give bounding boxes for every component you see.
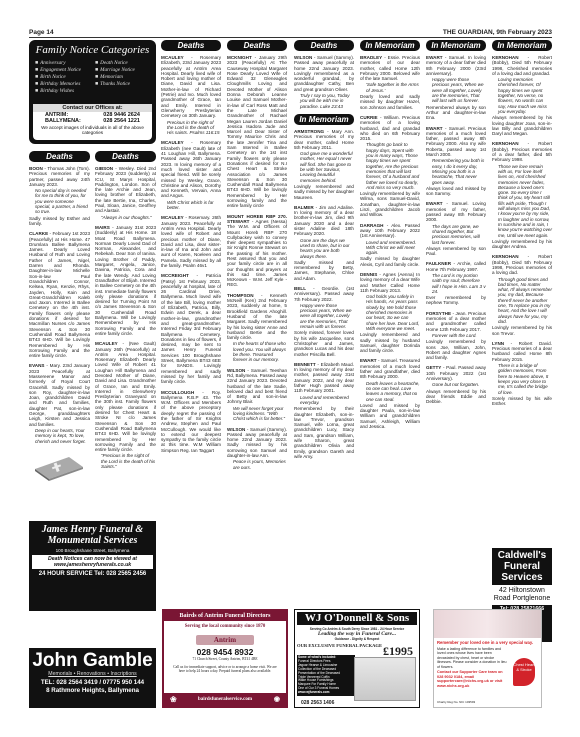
notice-signoff: Sorely missed, forever loved by his wife… (294, 330, 354, 356)
ad-wj-name: WJ O'Donnell & Sons (297, 612, 417, 625)
ad-bairds-title: Bairds of Antrim Funeral Directors (164, 611, 286, 621)
notice-name: BALMER (294, 205, 314, 210)
notice-verse: Those we love remain with us, For love i… (492, 164, 552, 238)
ad-john-gamble-tel: TEL: 028 2564 3419 / 07775 950 144 (29, 679, 156, 686)
notice-signoff: Lovingly remembered by wife Wilma, sons … (360, 191, 420, 217)
ad-caldwells-name: Caldwell's Funeral Services (492, 550, 552, 583)
category-item: Death Notice (95, 60, 155, 66)
column-6: In Memoriam BRADLEY - Essie. Precious me… (360, 40, 420, 434)
category-item: Marriage Notice (95, 67, 155, 73)
notice: WILSON - Samuel. Teeshan Rd, Ballymena. … (227, 368, 287, 422)
notice-name: MCAULEY (161, 140, 184, 145)
notice-verse: Precious in the sight of the Lord is the… (161, 120, 221, 136)
section-heading-memoriam: In Memoriam (360, 40, 420, 51)
category-item: Birth Notice (35, 74, 95, 80)
notice-verse: No special day is needed for me to think… (29, 188, 90, 214)
notice: EWART - Samuel. Treasured memories of a … (360, 358, 420, 429)
notice-name: KERNOHAN (492, 254, 519, 259)
notice: MCAULEY - Rosemary. 26th January 2023. P… (161, 215, 221, 268)
ad-ch-logo: Chest Heart & Stroke (513, 658, 535, 686)
award-badge-icon: ◉ (274, 693, 280, 706)
notice-verse: In the hearts of those who loved you. Yo… (227, 341, 287, 362)
categories-title: Family Notice Categories (29, 44, 156, 56)
office-name: BALLYMENA: (45, 118, 81, 124)
notice: THOMPSON - Kenneth McNeill (Ken) 2nd Feb… (227, 293, 287, 363)
notice: MCAULEY - Rosemary Elizabeth, 23rd Janua… (161, 55, 221, 135)
notice-name: CURRIE (360, 115, 378, 120)
notice: EWART - Samuel. Loving memories of my fa… (426, 201, 486, 256)
category-item: Memoriam (95, 74, 155, 80)
section-heading-deaths: Deaths (161, 40, 221, 51)
notice-name: WILSON (227, 427, 245, 432)
ad-ch-body: Make a lasting difference to families an… (437, 647, 507, 669)
notice-verse: Through good times and bad times, No mat… (492, 277, 552, 325)
notice: MOUNT HOREB RBP 270. STEWART - Agnes (Ne… (227, 214, 287, 288)
notice: BENNETT - Elizabeth Maud. In loving memo… (294, 362, 354, 459)
notice-name: DARRAGH (360, 223, 383, 228)
notice-signoff: Sadly missed and remembered by Betty, Ja… (294, 260, 354, 281)
notice: FAULKNER - Archie, called Home 7th Febru… (426, 261, 486, 305)
notice-name: GIBSON (95, 166, 113, 171)
notice-verse: We will never forget your loving kindnes… (227, 406, 287, 422)
ad-wj-phone: 028 2563 1406 (301, 700, 334, 706)
notice: GETTY - Paul. Passed away 10th February … (426, 365, 486, 404)
notice-name: WILSON (227, 368, 245, 373)
section-heading-deaths: Deaths (95, 151, 156, 162)
notice-text: - Rosemary. 26th January 2023. Peacefull… (161, 215, 221, 268)
category-item: Thanks Notice (95, 81, 155, 87)
categories-list: Anniversary Death Notice Engagement Noti… (35, 60, 156, 94)
contact-offices: Contact our Offices at: ANTRIM:028 9446 … (33, 104, 152, 140)
ad-bairds-town: Antrim (196, 635, 254, 645)
category-item: Birthday Wishes (35, 88, 95, 94)
section-heading-deaths: Deaths (227, 40, 287, 51)
bible-icon (33, 455, 85, 481)
notice-verse: Loving memories cherished forever, Of ha… (492, 77, 552, 114)
office-phone: 028 2564 1221 (103, 118, 140, 124)
notice-verse: God holds you safely in His hands, As ye… (360, 294, 420, 331)
notice-text: - Samuel. Precious memories of a much lo… (426, 126, 486, 157)
notice: KERNOHAN - Robert (Bobby), Died 5th Febr… (492, 55, 552, 136)
notice-signoff: Always remembered by his loving daughter… (492, 115, 552, 136)
notice-signoff: Lovingly remembered by his son Trevor. (492, 325, 552, 335)
notice-name: MCAULEY (161, 55, 184, 60)
ad-james-henry-web-notice[interactable]: Death Notices can now be viewed at www.j… (32, 555, 153, 569)
notice: WILSON - Samuel (Sammy). Passed away pea… (227, 427, 287, 470)
notice-name: KERNOHAN (492, 141, 519, 146)
notice-signoff: Remembered by their daughter Elizabeth, … (294, 406, 354, 459)
ad-john-gamble-name: John Gamble (29, 650, 156, 671)
ad-james-henry-address: 100 Broughshane Street, Ballymena (29, 548, 156, 553)
notice-text: - Agnes (Nessa) The W.M. and Officers of… (227, 219, 287, 288)
ad-bairds-text: Call us for immediate support, advice or… (164, 665, 286, 674)
notice: MCKNIGHT - January 29th 2023 (Peacefully… (227, 55, 287, 209)
ad-wj-included-list: Some of what's included: Funeral Directo… (297, 655, 355, 696)
notice: MAIRS - January 31st 2023 (Suddenly) at … (95, 225, 156, 336)
ad-wj-values: Guidance - Dignity & Respect (295, 637, 419, 641)
notice-text: - Patricia (Patsy) 1st February 2023, pe… (161, 273, 221, 384)
categories-box: Family Notice Categories Anniversary Dea… (29, 40, 156, 144)
ad-caldwells-address: 42 Hiltonstown Road Portglenone (492, 585, 552, 605)
notice: BOON - Thomas John (Tom). Precious memor… (29, 166, 90, 226)
notice-verse: Peace is yours, Memories are ours. (227, 459, 287, 470)
notice-signoff: Ever remembered by nephew Tommy. (426, 295, 486, 305)
notice-text: - January 31st 2023 (Suddenly) at His Ho… (95, 225, 156, 336)
notice-name: EWART (360, 358, 377, 363)
notice-verse: Gone but not forgotten. (426, 382, 486, 387)
ad-james-henry-name: James Henry Funeral & Monumental Service… (29, 524, 156, 546)
column-3: Deaths MCAULEY - Rosemary Elizabeth, 23r… (161, 40, 221, 458)
notice-text: - Roy. Ballymena R.B.P 43. The W.M. Offi… (161, 390, 221, 453)
notice: LYNN - Robert David. Precious memories o… (492, 341, 552, 407)
notice-verse: Deep in our hearts, Your memory is kept,… (29, 428, 90, 444)
notice-name: CLARKE (29, 231, 48, 236)
notice-signoff: Sadly missed by daughter Alexis, Cyril a… (360, 256, 420, 266)
notice-name: MCKNIGHT (227, 55, 252, 60)
notice-text: - Wesley. Died 2nd February 2023 (sudden… (95, 166, 156, 213)
notice: EWART - Samuel. In loving memory of a de… (426, 55, 486, 121)
notice-text: - Samuel (Sammy). Passed away peacefully… (227, 427, 287, 458)
notice: GIBSON - Wesley. Died 2nd February 2023 … (95, 166, 156, 220)
notice-name: BRADLEY (360, 55, 382, 60)
notice-signoff: Dearly loved and sadly missed by daughte… (360, 94, 420, 110)
contact-title: Contact our Offices at: (33, 104, 152, 112)
notice-name: BELL (294, 286, 306, 291)
notice-verse: Happy were those precious years, When we… (426, 77, 486, 103)
notice-text: - Rosemary Elizabeth, 23rd January 2023 … (161, 55, 221, 118)
notice-verse: "Always in our thoughts." (95, 215, 156, 220)
ad-ch-charity-reg: Charity Reg No. NIC 103593 (437, 700, 475, 704)
notice: MCCREIGHT - Patricia (Patsy) 1st Februar… (161, 273, 221, 384)
ad-ch-contact[interactable]: Contact our Supporter Care team on 028 9… (437, 670, 507, 688)
column-5: Deaths WILSON - Samuel (Sammy). Passed a… (294, 40, 354, 464)
page-number: Page 14 (29, 29, 54, 36)
notice: BELL - Geordie. (1st Anniversary). Passe… (294, 286, 354, 357)
notice-name: FAULKNER (426, 261, 451, 266)
notice-name: WILSON (294, 55, 312, 60)
notice: EWART - Samuel. Precious memories of a m… (426, 126, 486, 197)
notice-name: FORSYTHE (426, 311, 451, 316)
notice-name: THOMPSON (227, 293, 254, 298)
notice-name: KERNOHAN (492, 55, 519, 60)
notice-name: MAIRS (95, 225, 110, 230)
ad-wj-web[interactable]: www.wjfunerals.com (298, 691, 354, 695)
notice-verse: With Christ which is far better. (161, 200, 221, 211)
category-item: Engagement Notice (35, 67, 95, 73)
notice-text: - Samuel. Teeshan Rd, Ballymena. Passed … (227, 368, 287, 405)
notice: EVANS - Mary. 23rd January 2023 Peaceful… (29, 363, 90, 443)
notice: FORSYTHE - Jean. Precious memories of a … (426, 311, 486, 361)
roses-photo (434, 610, 541, 638)
ad-bairds-web[interactable]: bairdsfuneralservice.com (198, 697, 252, 702)
notice-name: LYNN (492, 341, 504, 346)
ad-james-henry: James Henry Funeral & Monumental Service… (29, 521, 156, 611)
notice-text: - (Nee Gault) January 26th (Peacefully) … (95, 341, 156, 452)
notice: MCAULEY - (Nee Gault) January 26th (Peac… (95, 341, 156, 469)
tulip-logo-icon: ❀ (170, 693, 177, 706)
section-heading-memoriam: In Memoriam (492, 40, 552, 51)
notice-text: - Elizabeth Maud. In loving memory of my… (294, 362, 354, 393)
ad-bairds-address: 71 Church Street, County Antrim, BT41 4B… (164, 657, 286, 661)
section-heading-deaths: Deaths (294, 40, 354, 51)
notice-verse: The days are gone, we shared together, B… (426, 224, 486, 245)
notice: ARMSTRONG - Mary Ann. Precious memories … (294, 129, 354, 200)
notice: DARRAGH - Alex. Passed away 10th Februar… (360, 223, 420, 267)
notice-text: - Jim and Adaline. In loving memory of a… (294, 205, 354, 236)
column-8: In Memoriam KERNOHAN - Robert (Bobby), D… (492, 40, 552, 411)
notice-signoff: Lovingly remembered by his daughter Andr… (492, 239, 552, 249)
office-row: BALLYMENA:028 2564 1221 (33, 118, 152, 124)
column-1: Deaths BOON - Thomas John (Tom). Preciou… (29, 151, 90, 482)
notice-name: MCCREIGHT (161, 273, 189, 278)
notice-name: BOON (29, 166, 43, 171)
notice-verse: Death leaves a heartache, no one can hea… (360, 381, 420, 402)
ad-ch-headline: Remember your loved one in a very specia… (437, 640, 538, 645)
notice-name: ARMSTRONG (294, 129, 324, 134)
notice: KERNOHAN - Robert (Bobby), Died 5th Febr… (492, 254, 552, 335)
notice-signoff: Remembered always by son Arthur and daug… (426, 105, 486, 121)
notice-verse: Gone are the days we used to share, but … (294, 238, 354, 259)
ad-bairds-footer: ❀ bairdsfuneralservice.com ◉ (164, 693, 286, 706)
notice-name: EVANS (29, 363, 45, 368)
notice: KERNOHAN - Robert (Bobby). Precious memo… (492, 141, 552, 249)
notice-signoff: Lovingly remembered and sadly missed by … (360, 332, 420, 353)
column-2: Deaths GIBSON - Wesley. Died 2nd Februar… (95, 151, 156, 474)
notice-verse: 'Safe together in the Arms of Jesus.' (360, 82, 420, 93)
notice-verse: God gave me a wonderful mother, Her equa… (294, 151, 354, 183)
notice-name: DENNIS (360, 272, 377, 277)
notice-signoff: Always remembered by son Paul. (426, 246, 486, 256)
notice-signoff: Sorely missed by his wife Esther. (492, 396, 552, 406)
notice-verse: The Lord is my portion saith my soul; th… (426, 273, 486, 294)
notice-name: EWART (426, 55, 443, 60)
notice: WILSON - Samuel (Sammy). Passed away pea… (294, 55, 354, 109)
notice-signoff: Lovingly remembered by sons Joe, William… (426, 339, 486, 360)
notice: MCAULEY - Rosemary Elizabeth (nee Gault)… (161, 140, 221, 210)
notice-name: EWART (426, 126, 443, 131)
notice: DENNIS - Agnes (Aenna) In loving memory … (360, 272, 420, 353)
notice-verse: Truly I say to you, Today you will be wi… (294, 93, 354, 109)
notice-signoff: Lovingly remembered and sadly missed by … (294, 184, 354, 200)
notice: MCCULLOUGH - Roy. Ballymena R.B.P 43. Th… (161, 390, 221, 454)
notice-signoff: Always remembered by his dear friends Ed… (426, 389, 486, 405)
notice: BRADLEY - Essie. Precious memories of ou… (360, 55, 420, 110)
ad-bairds-phone: 028 9454 8932 (164, 647, 286, 657)
ad-james-henry-tel: 24 HOUR SERVICE Tel: 028 2565 2456 (29, 571, 156, 577)
ad-john-gamble-services: Memorials • Renovations • Inscriptions (29, 671, 156, 677)
notice-verse: "Precious in the sight of the Lord is th… (95, 453, 156, 469)
notice-name: BENNETT (294, 362, 316, 367)
notice-verse: Loved and remembered everyday. (294, 395, 354, 406)
notice-verse: Forever with the Lord. (426, 333, 486, 338)
funeral-home-photo (354, 657, 416, 701)
notice: BALMER - Jim and Adaline. In loving memo… (294, 205, 354, 281)
notice-signoff: Sadly missed by Esther and family. (29, 216, 90, 226)
ad-bairds-serving: Serving the local community since 1870 (164, 624, 286, 629)
notice-text: - Kenneth McNeill (Ken) 2nd February 202… (227, 293, 287, 340)
notice-signoff: Loved and missed by daughter Paula, son-… (360, 403, 420, 429)
accept-images-note: We accept images of individuals in all o… (33, 125, 152, 135)
page-header: Page 14 THE GUARDIAN, 9th February 2023 (29, 28, 552, 38)
header-rule (29, 37, 552, 38)
notice: CLARKE - February 1st 2023 (Peacefully) … (29, 231, 90, 358)
notice-name: GETTY (426, 365, 441, 370)
notice-name: MCCULLOUGH (161, 390, 194, 395)
column-4: Deaths MCKNIGHT - January 29th 2023 (Pea… (227, 40, 287, 475)
ad-wj-odonnell: WJ O'Donnell & Sons Serving Co Antrim & … (294, 609, 420, 708)
notice-name: MCAULEY (161, 215, 184, 220)
ad-john-gamble: John Gamble Memorials • Renovations • In… (29, 648, 156, 708)
column-7: In Memoriam EWART - Samuel. In loving me… (426, 40, 486, 410)
notice-name: MCAULEY (95, 341, 118, 346)
category-item: Birthday Memories (35, 81, 95, 87)
notice-verse: Happy were those precious years, When we… (294, 303, 354, 329)
notice-text: - Mary. 23rd January 2023 Peacefully at … (29, 363, 90, 426)
publication-date: THE GUARDIAN, 9th February 2023 (443, 29, 552, 36)
notice: CURRIE - William. Precious memories of a… (360, 115, 420, 218)
notice-text: - February 1st 2023 (Peacefully) at His … (29, 231, 90, 358)
ad-bairds-of-antrim: Bairds of Antrim Funeral Directors Servi… (162, 609, 288, 708)
notice-verse: Loved and remembered. With Christ we wil… (360, 240, 420, 256)
notice-text: - Samuel (Sammy). Passed away peacefully… (294, 55, 354, 92)
section-heading-memoriam: In Memoriam (294, 114, 354, 125)
notice-verse: There is a bridge of golden memories, Fr… (492, 363, 552, 395)
ad-chest-heart-stroke: Remember your loved one in a very specia… (433, 609, 542, 708)
notice-signoff: Always loved and missed by son Sammy. (426, 186, 486, 196)
notice-text: - January 29th 2023 (Peacefully) At The … (227, 55, 287, 208)
ad-john-gamble-address: 8 Rathmore Heights, Ballymena (29, 687, 156, 694)
category-item: Anniversary (35, 60, 95, 66)
section-heading-memoriam: In Memoriam (426, 40, 486, 51)
notice-verse: Thoughts go back to happy days, Spent wi… (360, 142, 420, 190)
section-heading-deaths: Deaths (29, 151, 90, 162)
notice-text: - Rosemary Elizabeth (nee Gault) late of… (161, 140, 221, 198)
notice-name: EWART (426, 201, 443, 206)
notice-verse: Remembering you both is easy, I do it ev… (426, 158, 486, 184)
